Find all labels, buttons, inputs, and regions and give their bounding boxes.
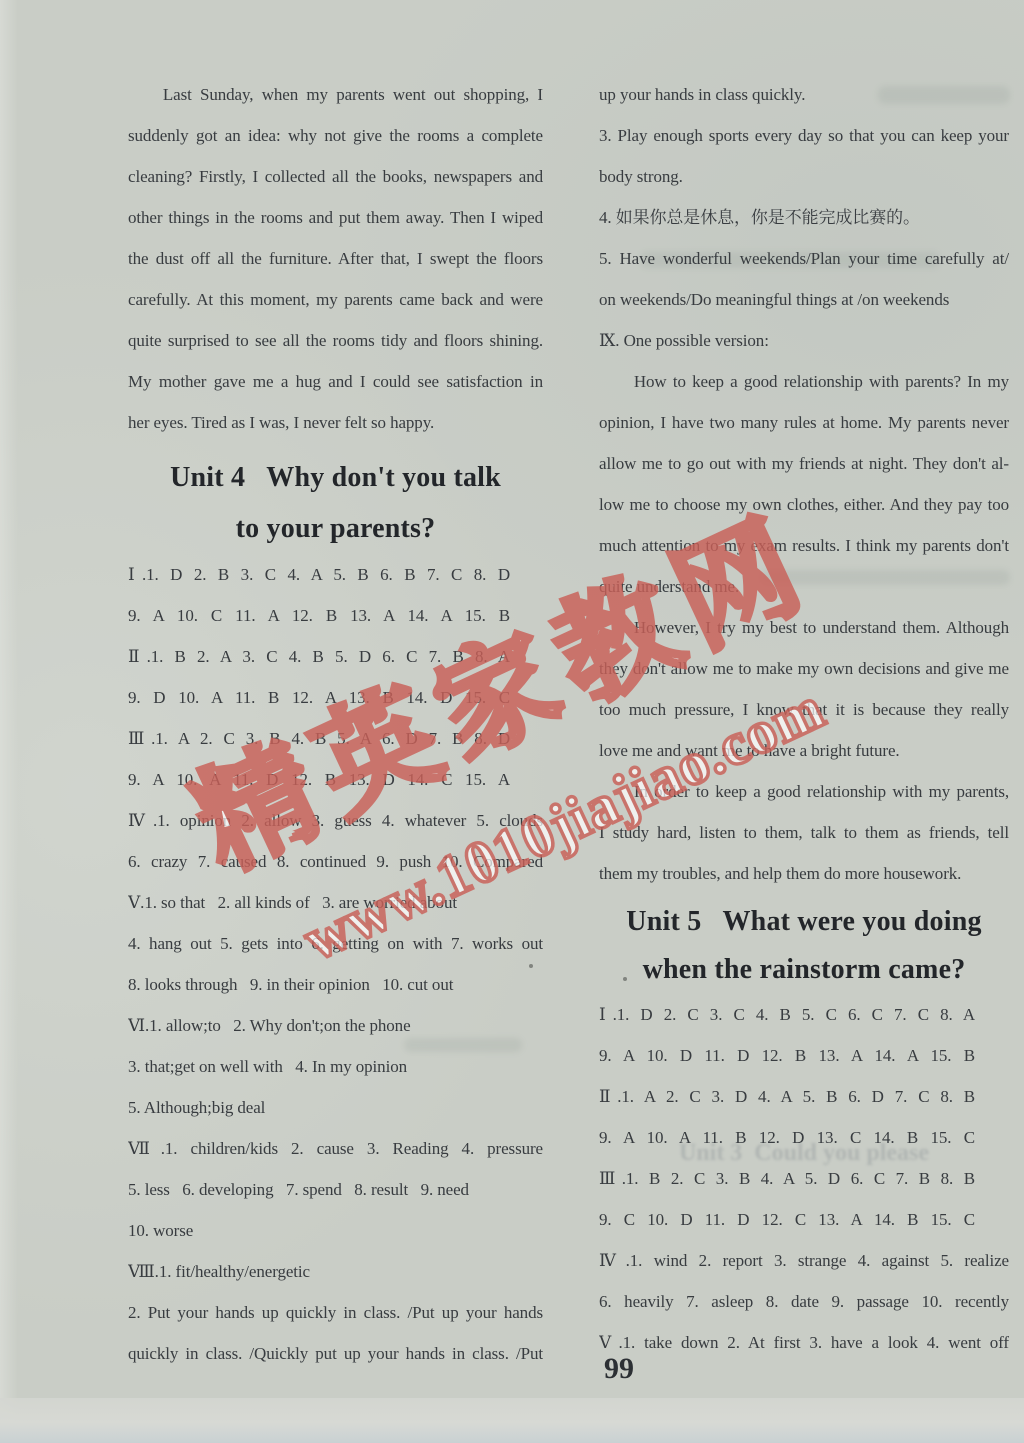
text-line: quite surprised to see all the rooms tid… [128,320,543,361]
unit4-heading-line1: Unit 4 Why don't you talk [128,452,543,503]
text-line: 3. Play enough sports every day so that … [599,115,1009,156]
page-number: 99 [604,1352,634,1386]
text-line: 9. C 10. D 11. D 12. C 13. A 14. B 15. C [599,1199,975,1240]
text-line: 6. crazy 7. caused 8. continued 9. push … [128,841,543,882]
text-line: them my troubles, and help them do more … [599,853,1009,894]
text-line: Ⅰ.1. D 2. B 3. C 4. A 5. B 6. B 7. C 8. … [128,554,510,595]
text-line: on weekends/Do meaningful things at /on … [599,279,1009,320]
scanned-book-page: Unit 3 Could you please Last Sunday, whe… [0,0,1024,1443]
essay-paragraph: Last Sunday, when my parents went out sh… [128,74,543,443]
right-column: up your hands in class quickly.3. Play e… [599,74,1009,1363]
text-line: 2. Put your hands up quickly in class. /… [128,1292,543,1333]
text-line: 9. A 10. D 11. D 12. B 13. A 14. A 15. B [599,1035,975,1076]
text-line: 9. A 10. A 11. B 12. D 13. C 14. B 15. C [599,1117,975,1158]
text-line: 9. A 10. A 11. D 12. B 13. D 14. C 15. A [128,759,510,800]
text-line: much attention to my exam results. I thi… [599,525,1009,566]
page-bottom-margin [0,1398,1024,1443]
text-line: carefully. At this moment, my parents ca… [128,279,543,320]
text-line: My mother gave me a hug and I could see … [128,361,543,402]
text-line: Ⅸ. One possible version: [599,320,1009,361]
text-line: they don't allow me to make my own decis… [599,648,1009,689]
text-line: other things in the rooms and put them a… [128,197,543,238]
text-line: Ⅴ.1. take down 2. At first 3. have a loo… [599,1322,1009,1363]
unit4-answers: Ⅰ.1. D 2. B 3. C 4. A 5. B 6. B 7. C 8. … [128,554,543,1374]
text-line: Ⅴ.1. so that 2. all kinds of 3. are worr… [128,882,543,923]
unit5-heading: Unit 5 What were you doing when the rain… [599,894,1009,994]
text-line: 4. 如果你总是休息，你是不能完成比赛的。 [599,197,1009,238]
text-line: 5. Although;big deal [128,1087,543,1128]
text-line: I study hard, listen to them, talk to th… [599,812,1009,853]
left-column: Last Sunday, when my parents went out sh… [128,74,543,1374]
text-line: Ⅱ.1. B 2. A 3. C 4. B 5. D 6. C 7. B 8. … [128,636,510,677]
text-line: 5. Have wonderful weekends/Plan your tim… [599,238,1009,279]
text-line: Last Sunday, when my parents went out sh… [128,74,543,115]
text-line: Ⅰ.1. D 2. C 3. C 4. B 5. C 6. C 7. C 8. … [599,994,975,1035]
text-line: Ⅱ.1. A 2. C 3. D 4. A 5. B 6. D 7. C 8. … [599,1076,975,1117]
text-line: Ⅷ.1. fit/healthy/energetic [128,1251,543,1292]
text-line: Ⅲ.1. A 2. C 3. B 4. B 5. A 6. D 7. B 8. … [128,718,510,759]
text-line: low me to choose my own clothes, either.… [599,484,1009,525]
text-line: quickly in class. /Quickly put up your h… [128,1333,543,1374]
text-line: Ⅳ.1. wind 2. report 3. strange 4. agains… [599,1240,1009,1281]
text-line: opinion, I have two many rules at home. … [599,402,1009,443]
unit4-heading-line2: to your parents? [128,503,543,554]
text-line: Ⅵ.1. allow;to 2. Why don't;on the phone [128,1005,543,1046]
text-line: body strong. [599,156,1009,197]
unit5-heading-line2: when the rainstorm came? [599,946,1009,994]
text-line: 3. that;get on well with 4. In my opinio… [128,1046,543,1087]
text-line: In order to keep a good relationship wit… [599,771,1009,812]
text-line: However, I try my best to understand the… [599,607,1009,648]
text-line: 4. hang out 5. gets into 6. getting on w… [128,923,543,964]
text-line: Ⅶ.1. children/kids 2. cause 3. Reading 4… [128,1128,543,1169]
text-line: 9. A 10. C 11. A 12. B 13. A 14. A 15. B [128,595,510,636]
text-line: 5. less 6. developing 7. spend 8. result… [128,1169,543,1210]
unit5-answers: Ⅰ.1. D 2. C 3. C 4. B 5. C 6. C 7. C 8. … [599,994,1009,1363]
text-line: cleaning? Firstly, I collected all the b… [128,156,543,197]
unit5-heading-line1: Unit 5 What were you doing [599,898,1009,946]
text-line: Ⅲ.1. B 2. C 3. B 4. A 5. D 6. C 7. B 8. … [599,1158,975,1199]
unit4-heading: Unit 4 Why don't you talk to your parent… [128,443,543,554]
text-line: love me and want me to have a bright fut… [599,730,1009,771]
text-line: 8. looks through 9. in their opinion 10.… [128,964,543,1005]
text-line: 9. D 10. A 11. B 12. A 13. B 14. D 15. C [128,677,510,718]
text-line: Ⅳ.1. opinion 2. allow 3. guess 4. whatev… [128,800,543,841]
text-line: suddenly got an idea: why not give the r… [128,115,543,156]
text-line: allow me to go out with my friends at ni… [599,443,1009,484]
page-left-edge-highlight [0,0,18,1443]
text-line: How to keep a good relationship with par… [599,361,1009,402]
unit4-answers-continued: up your hands in class quickly.3. Play e… [599,74,1009,894]
text-line: the dust off all the furniture. After th… [128,238,543,279]
text-line: up your hands in class quickly. [599,74,1009,115]
text-line: quite understand me. [599,566,1009,607]
text-line: her eyes. Tired as I was, I never felt s… [128,402,543,443]
text-line: 6. heavily 7. asleep 8. date 9. passage … [599,1281,1009,1322]
text-line: 10. worse [128,1210,543,1251]
text-line: too much pressure, I know that it is bec… [599,689,1009,730]
